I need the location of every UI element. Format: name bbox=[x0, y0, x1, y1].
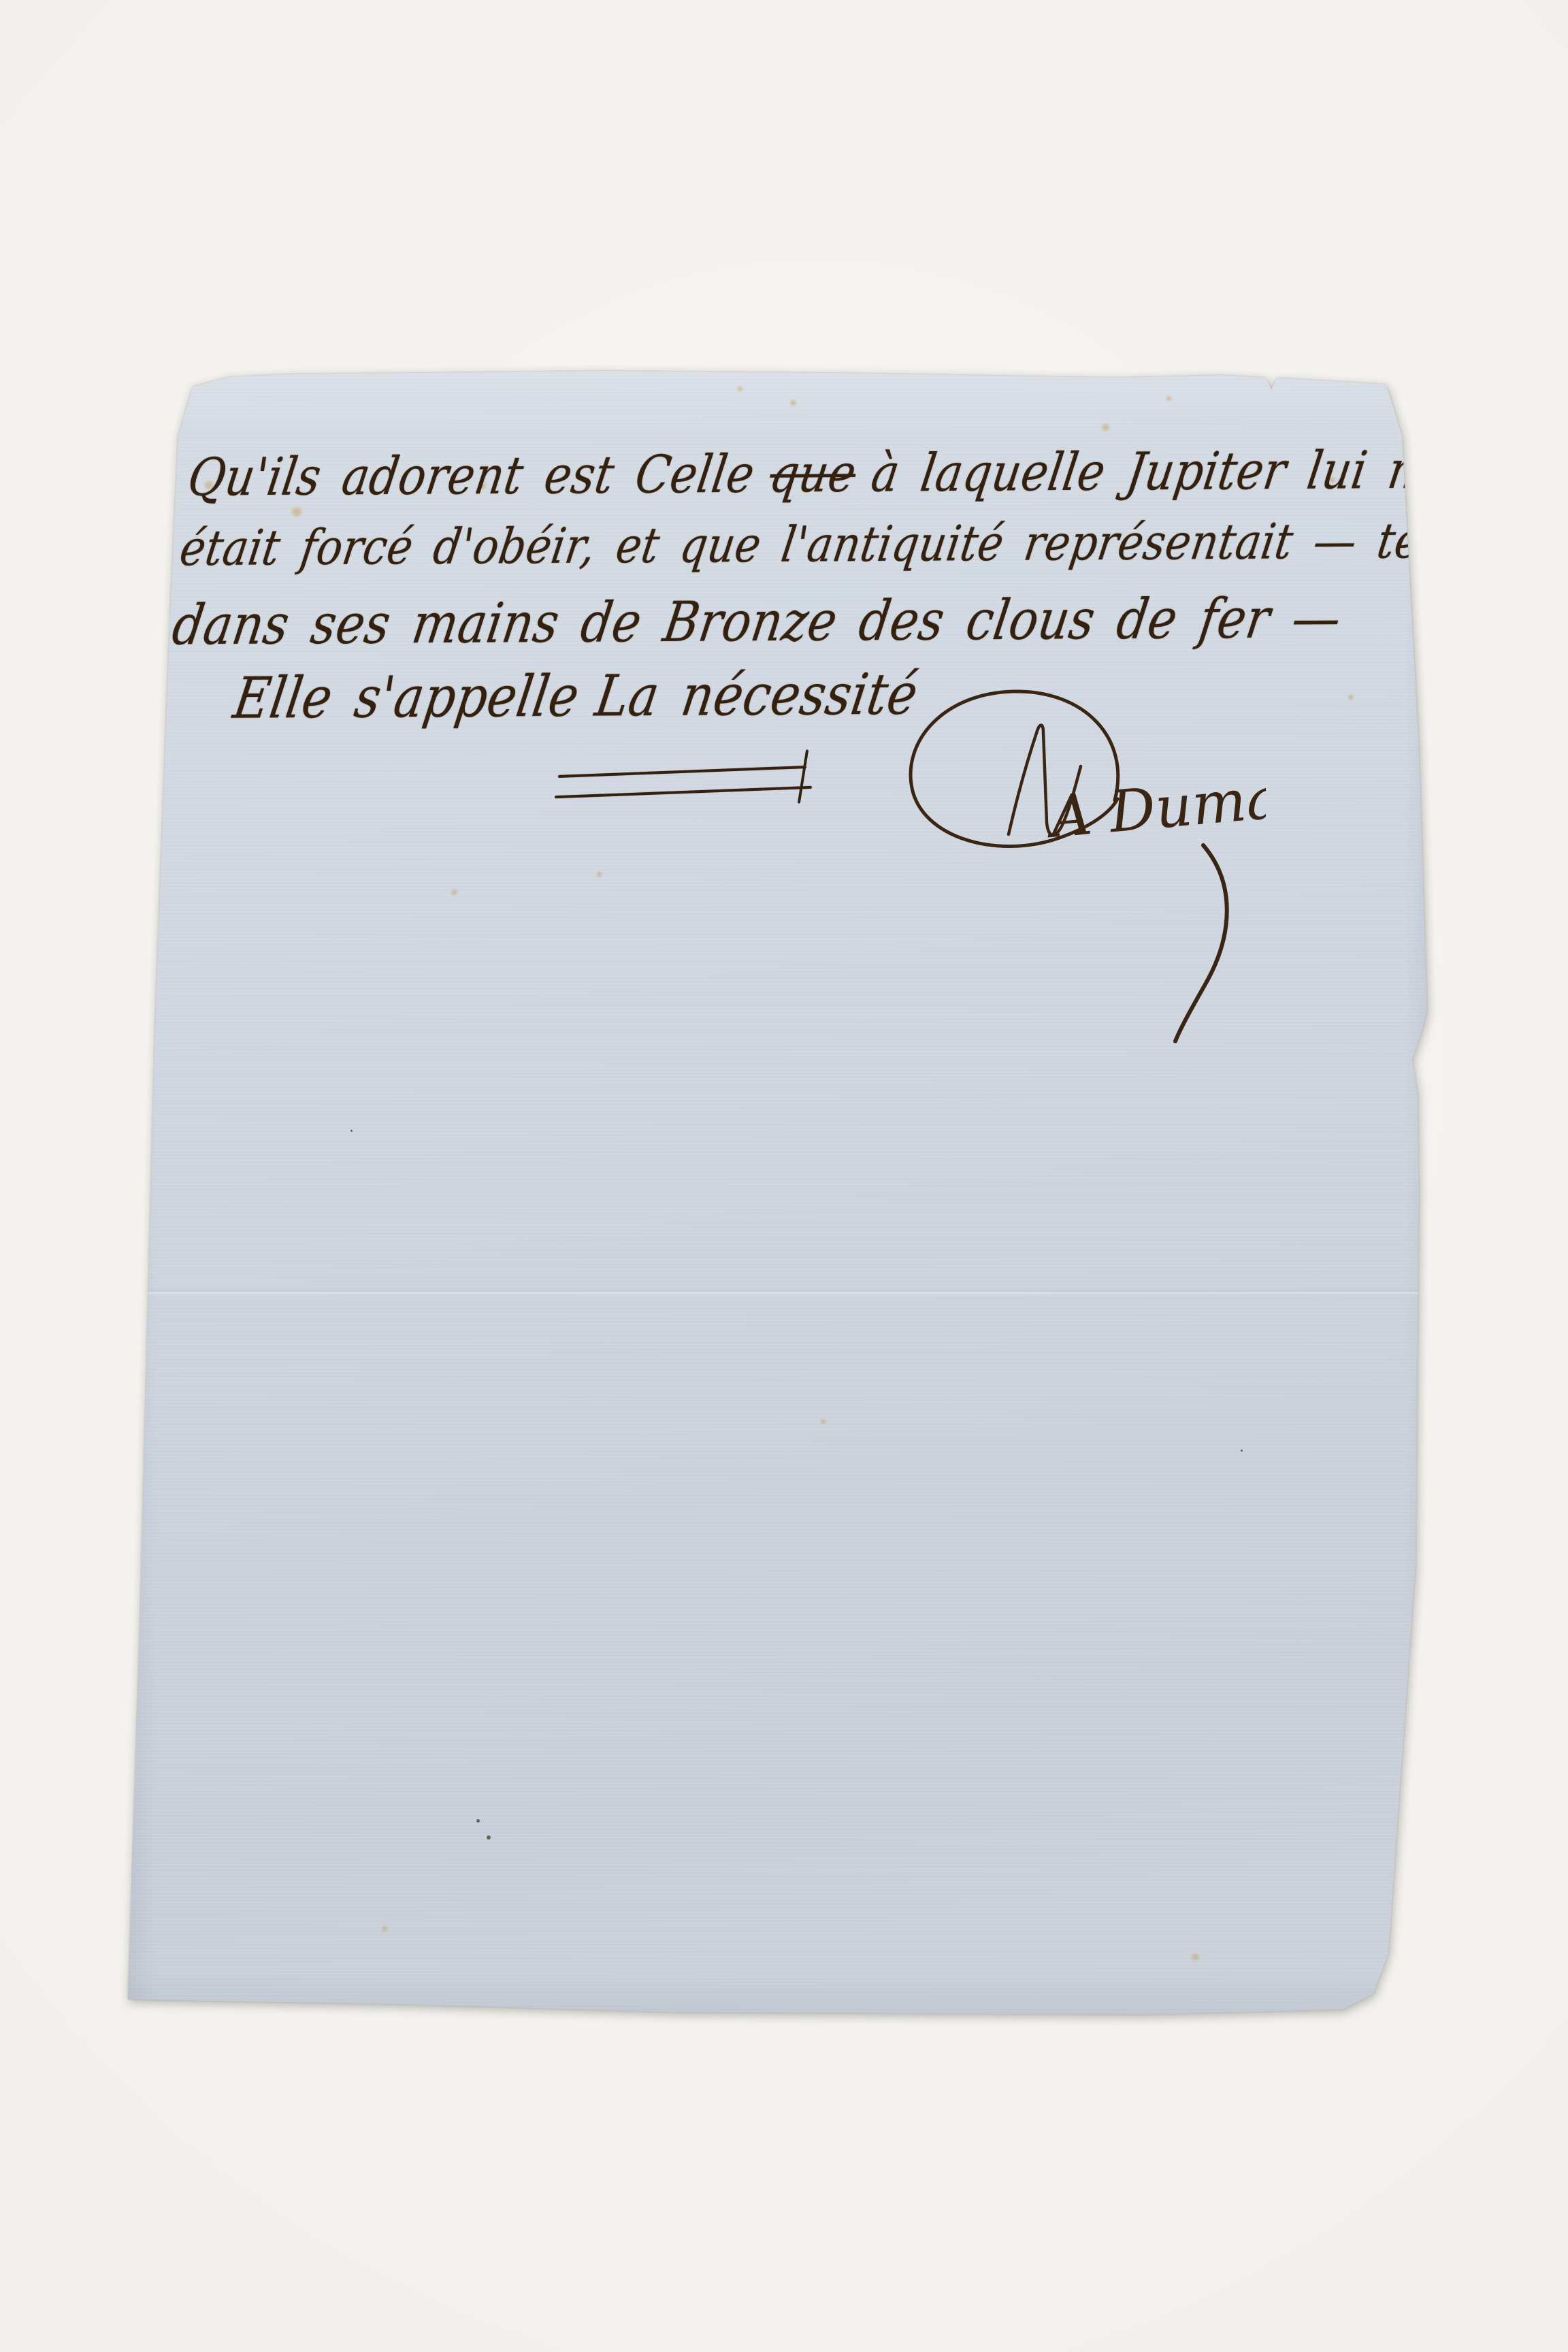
signature-text: A Dumas bbox=[1043, 762, 1266, 851]
ink-speck bbox=[487, 1835, 491, 1840]
signature-tail bbox=[1175, 845, 1227, 1041]
handwriting-line-3: dans ses mains de Bronze des clous de fe… bbox=[168, 586, 1345, 658]
foxing-spot bbox=[1166, 395, 1172, 402]
foxing-spot bbox=[1191, 1953, 1200, 1961]
closing-emphasis: La nécessité bbox=[591, 661, 922, 729]
handwriting-line-1: Qu'ils adorent est Cellequeà laquelle Ju… bbox=[184, 439, 1533, 508]
foxing-spot bbox=[291, 506, 303, 517]
foxing-spot bbox=[820, 1419, 826, 1424]
line1-struck-word: que bbox=[766, 443, 860, 504]
ink-speck bbox=[1241, 1450, 1243, 1452]
foxing-spot bbox=[381, 1926, 388, 1932]
foxing-spot bbox=[1347, 694, 1354, 700]
signature: A Dumas bbox=[885, 667, 1266, 1062]
fold-crease bbox=[125, 1288, 1431, 1295]
handwriting-closing-line: Elle s'appelleLa nécessité bbox=[229, 661, 922, 732]
ink-speck bbox=[350, 1130, 353, 1132]
line1-segment-b: à laquelle Jupiter lui même bbox=[868, 439, 1533, 504]
manuscript-paper-wrap: Qu'ils adorent est Cellequeà laquelle Ju… bbox=[125, 371, 1431, 2018]
photo-backdrop: Qu'ils adorent est Cellequeà laquelle Ju… bbox=[0, 0, 1568, 2352]
manuscript-paper: Qu'ils adorent est Cellequeà laquelle Ju… bbox=[125, 371, 1431, 2018]
closing-prefix: Elle s'appelle bbox=[229, 663, 584, 732]
foxing-spot bbox=[451, 889, 458, 896]
handwriting-line-2: était forcé d'obéir, et que l'antiquité … bbox=[176, 511, 1523, 577]
line1-segment-a: Qu'ils adorent est Celle bbox=[184, 444, 759, 508]
foxing-spot bbox=[737, 386, 743, 392]
ink-speck bbox=[476, 1819, 480, 1823]
foxing-spot bbox=[789, 399, 797, 406]
foxing-spot bbox=[596, 871, 602, 877]
foxing-spot bbox=[1101, 423, 1110, 431]
